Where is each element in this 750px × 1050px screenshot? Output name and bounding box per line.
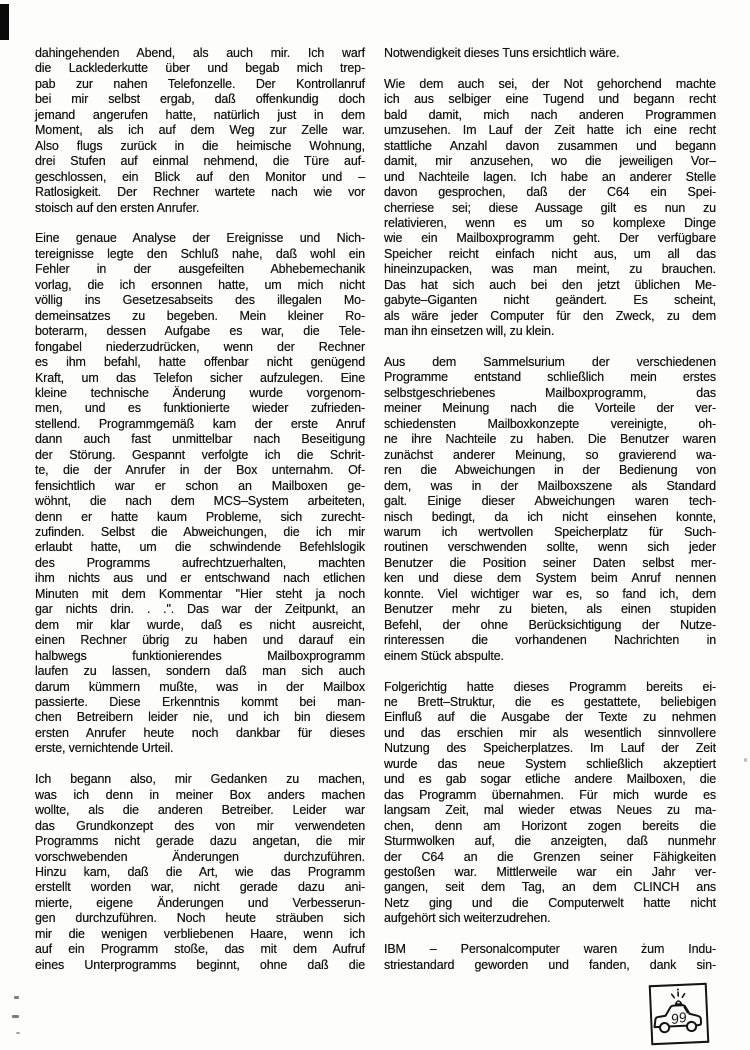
text-line: ken und diese dem System beim Anruf nenn… xyxy=(384,571,716,586)
scan-noise-speck xyxy=(12,1015,19,1018)
text-line: kleine technische Änderung wurde vorgeno… xyxy=(35,386,365,401)
text-line: dem mir klar wurde, daß es nicht ausreic… xyxy=(35,618,365,633)
text-line: jemand angerufen hatte, natürlich just i… xyxy=(35,108,365,123)
text-line: zufinden. Selbst die Abweichungen, die i… xyxy=(35,525,365,540)
text-line: selbstgeschriebenes Mailboxprogramm, das xyxy=(384,386,716,401)
text-line: als wäre jeder Computer für den Zweck, z… xyxy=(384,309,716,324)
text-line: erstellt worden war, nicht gerade dazu a… xyxy=(35,880,365,895)
text-line: ne ihre Nachteile zu haben. Die Benutzer… xyxy=(384,432,716,447)
text-line: ren die Abweichungen in der Bedienung vo… xyxy=(384,463,716,478)
text-line: der C64 an die Grenzen seiner Fähigkeite… xyxy=(384,850,716,865)
text-line: gabyte–Giganten nicht geändert. Es schei… xyxy=(384,293,716,308)
text-line: der Störung. Gespannt verfolgte ich die … xyxy=(35,448,365,463)
paragraph: Ich begann also, mir Gedanken zu machen,… xyxy=(35,772,365,973)
text-line: Notwendigkeit dieses Tuns ersichtlich wä… xyxy=(384,46,716,61)
text-line: rinteressen die vorhandenen Nachrichten … xyxy=(384,633,716,648)
text-line: Ratlosigkeit. Der Rechner wartete nach w… xyxy=(35,185,365,200)
text-line: erlaubt hatte, um die schwindende Befehl… xyxy=(35,540,365,555)
text-line: Aus dem Sammelsurium der verschiedenen xyxy=(384,355,716,370)
text-line: chen, denn am Horizont zogen bereits die xyxy=(384,819,716,834)
text-line: gangen, seit dem Tag, an dem CLINCH ans xyxy=(384,880,716,895)
text-line: darum kümmern mußte, was in der Mailbox xyxy=(35,680,365,695)
text-column-left: dahingehenden Abend, als auch mir. Ich w… xyxy=(35,46,365,973)
text-line: Ich begann also, mir Gedanken zu machen, xyxy=(35,772,365,787)
text-line: denn er hatte kaum Probleme, sich zurech… xyxy=(35,510,365,525)
text-line: mierte, eigene Änderungen und Verbesseru… xyxy=(35,896,365,911)
text-line: halbwegs funktionierendes Mailboxprogram… xyxy=(35,649,365,664)
text-line: Benutzer die Position seiner Daten selbs… xyxy=(384,556,716,571)
text-line: warum ich wertvollen Speicherplatz für S… xyxy=(384,525,716,540)
text-line: das Grundkonzept des von mir verwendeten xyxy=(35,819,365,834)
text-line: bald damit, mich nach anderen Programmen xyxy=(384,108,716,123)
text-line: damit, mir anzusehen, wo die jeweiligen … xyxy=(384,154,716,169)
text-line: men, und es funktionierte wieder zufried… xyxy=(35,401,365,416)
text-line: erste, vernichtende Urteil. xyxy=(35,741,365,756)
text-line: eines Unterprogramms beginnt, ohne daß d… xyxy=(35,958,365,973)
text-line: ersten Anrufer heute noch dankbar für di… xyxy=(35,726,365,741)
text-line: mir die wenigen verbliebenen Haare, wenn… xyxy=(35,927,365,942)
text-line: gar nichts drin. . .". Das war der Zeitp… xyxy=(35,602,365,617)
scan-noise-speck xyxy=(16,1032,20,1034)
text-line: wurde das neue System schließlich akzept… xyxy=(384,757,716,772)
paragraph: Aus dem Sammelsurium der verschiedenenPr… xyxy=(384,355,716,664)
text-line: Also flugs zurück in die heimische Wohnu… xyxy=(35,139,365,154)
text-line: IBM – Personalcomputer waren żum Indu- xyxy=(384,942,716,957)
text-line: dahingehenden Abend, als auch mir. Ich w… xyxy=(35,46,365,61)
text-line: des Programms aufrechtzuerhalten, machte… xyxy=(35,556,365,571)
text-line: Kraft, um das Telefon sicher aufzulegen.… xyxy=(35,371,365,386)
text-line: Programms nicht gerade dazu angetan, die… xyxy=(35,834,365,849)
text-line: das Programm übernahmen. Für mich wurde … xyxy=(384,788,716,803)
text-line: gen durchzuführen. Noch heute sträuben s… xyxy=(35,911,365,926)
text-line: vorschwebenden Änderungen durchzuführen. xyxy=(35,850,365,865)
text-line: und es gab sogar etliche andere Mailboxe… xyxy=(384,772,716,787)
text-line: einen Rechner übrig zu haben und darauf … xyxy=(35,633,365,648)
text-line: es ihm befahl, hatte offenbar nicht genü… xyxy=(35,355,365,370)
text-line: und Nachteile lagen. Ich habe an anderer… xyxy=(384,170,716,185)
text-line: ne Brett–Struktur, die es gestattete, be… xyxy=(384,695,716,710)
text-line: Minuten mit dem Kommentar "Hier steht ja… xyxy=(35,587,365,602)
text-line: auf ein Programm stoße, das mit dem Aufr… xyxy=(35,942,365,957)
text-line: Befehl, der ohne Berücksichtigung der Nu… xyxy=(384,618,716,633)
text-line: ich aus selbiger eine Tugend und begann … xyxy=(384,92,716,107)
text-line: drei Stufen auf einmal nehmend, die Türe… xyxy=(35,154,365,169)
text-line: einem Stück abspulte. xyxy=(384,649,716,664)
text-line: schiedensten Mailboxkonzepte vereinigte,… xyxy=(384,417,716,432)
text-line: die Lacklederkutte über und begab mich t… xyxy=(35,61,365,76)
text-line: relativieren, wenn es um so komplexe Din… xyxy=(384,216,716,231)
text-line: wie ein Mailboxprogramm geht. Der verfüg… xyxy=(384,231,716,246)
paragraph: Eine genaue Analyse der Ereignisse und N… xyxy=(35,231,365,756)
text-line: galt. Einige dieser Abweichungen waren t… xyxy=(384,494,716,509)
text-line: Fehler in der ausgefeilten Abhebemechani… xyxy=(35,262,365,277)
scan-artifact-bar xyxy=(0,4,9,40)
text-line: wollte, als die anderen Betreiber. Leide… xyxy=(35,803,365,818)
text-line: demeinsatzes zu begeben. Mein kleiner Ro… xyxy=(35,309,365,324)
text-line: fensichtlich war er schon an Mailboxen g… xyxy=(35,479,365,494)
text-line: Speicher reicht einfach nicht aus, um al… xyxy=(384,247,716,262)
text-line: dann auch fast unmittelbar nach Beseitig… xyxy=(35,432,365,447)
paragraph: dahingehenden Abend, als auch mir. Ich w… xyxy=(35,46,365,216)
text-line: ihm nichts aus und er entschwand nach et… xyxy=(35,571,365,586)
text-line: hineinzupacken, was man meint, zu brauch… xyxy=(384,262,716,277)
text-line: vorlag, die ich ersonnen hatte, um mich … xyxy=(35,278,365,293)
text-line: Programme entstand schließlich mein erst… xyxy=(384,370,716,385)
text-line: Benutzer mehr zu bieten, als einen stupi… xyxy=(384,602,716,617)
text-line: Hinzu kam, daß die Art, wie das Programm xyxy=(35,865,365,880)
text-column-right: Notwendigkeit dieses Tuns ersichtlich wä… xyxy=(384,46,716,973)
text-line: bei mir selbst ergab, daß offenkundig do… xyxy=(35,92,365,107)
text-line: umzusehen. Im Lauf der Zeit hatte ich ei… xyxy=(384,123,716,138)
text-line: boterarm, dessen Aufgabe es war, die Tel… xyxy=(35,324,365,339)
text-line: dem, was in der Mailboxszene als Standar… xyxy=(384,479,716,494)
text-line: konnte. Viel wichtiger war es, so fand i… xyxy=(384,587,716,602)
text-line: laufen zu lassen, sondern daß man sich a… xyxy=(35,664,365,679)
text-line: Nutzung des Speicherplatzes. Im Lauf der… xyxy=(384,741,716,756)
text-line: striestandard geworden und fanden, dank … xyxy=(384,958,716,973)
text-line: Das hat sich auch bei den jetzt üblichen… xyxy=(384,278,716,293)
text-line: stoisch auf den ersten Anrufer. xyxy=(35,201,365,216)
paragraph: Notwendigkeit dieses Tuns ersichtlich wä… xyxy=(384,46,716,61)
text-line: wöhnt, die nach dem MCS–System arbeitete… xyxy=(35,494,365,509)
text-line: Wie dem auch sei, der Not gehorchend mac… xyxy=(384,77,716,92)
text-line: passierte. Diese Erkenntnis kommt bei ma… xyxy=(35,695,365,710)
text-line: langsam Zeit, mal wieder etwas Neues zu … xyxy=(384,803,716,818)
scan-noise-speck xyxy=(14,996,19,999)
text-line: aufgehört sich weiterzudrehen. xyxy=(384,911,716,926)
text-line: stattliche Anzahl davon zusammen und beg… xyxy=(384,139,716,154)
text-line: Eine genaue Analyse der Ereignisse und N… xyxy=(35,231,365,246)
text-line: geschlossen, ein Blick auf den Monitor u… xyxy=(35,170,365,185)
page-number-label: 99 xyxy=(670,1009,688,1028)
text-line: Moment, als ich auf dem Weg zur Zelle wa… xyxy=(35,123,365,138)
text-line: nisch bedingt, da ich nicht einsehen kon… xyxy=(384,510,716,525)
text-line: Einfluß auf die Ausgabe der Texte zu neh… xyxy=(384,710,716,725)
text-line: pab zur nahen Telefonzelle. Der Kontroll… xyxy=(35,77,365,92)
text-line: und das erschien mir als wesentlich sinn… xyxy=(384,726,716,741)
text-line: Folgerichtig hatte dieses Programm berei… xyxy=(384,680,716,695)
police-car-icon: 99 xyxy=(647,982,712,1047)
text-line: stellend. Programmgemäß kam der erste An… xyxy=(35,417,365,432)
text-line: Netz ging und die Computerwelt hatte nic… xyxy=(384,896,716,911)
text-line: davon gesprochen, daß der C64 ein Spei- xyxy=(384,185,716,200)
text-line: meiner Meinung nach die Vorteile der ver… xyxy=(384,401,716,416)
paragraph: Folgerichtig hatte dieses Programm berei… xyxy=(384,680,716,927)
text-line: völlig ins Gesetzesabseits des illegalen… xyxy=(35,293,365,308)
text-line: zunächst anderer Meinung, so gravierend … xyxy=(384,448,716,463)
text-line: gestoßen war. Mittlerweile war ein Jahr … xyxy=(384,865,716,880)
text-line: te, die der Anrufer in der Box unternahm… xyxy=(35,463,365,478)
scan-noise-speck xyxy=(744,758,747,762)
text-line: man ihn einsetzen will, zu klein. xyxy=(384,324,716,339)
scanned-page: dahingehenden Abend, als auch mir. Ich w… xyxy=(0,0,750,1050)
text-line: cherriese sei; diese Aussage gilt es nun… xyxy=(384,201,716,216)
page-stamp: 99 xyxy=(647,982,712,1047)
paragraph: IBM – Personalcomputer waren żum Indu-st… xyxy=(384,942,716,973)
text-line: routinen verschwenden sollte, wenn sich … xyxy=(384,540,716,555)
text-line: fongabel niederzudrücken, wenn der Rechn… xyxy=(35,340,365,355)
paragraph: Wie dem auch sei, der Not gehorchend mac… xyxy=(384,77,716,340)
text-line: was ich denn in meiner Box anders machen xyxy=(35,788,365,803)
text-line: Sturmwolken auf, die anzeigten, daß nunm… xyxy=(384,834,716,849)
text-line: tereignisse legte den Schluß nahe, daß w… xyxy=(35,247,365,262)
text-line: chen Betreibern leider nie, und ich bin … xyxy=(35,710,365,725)
